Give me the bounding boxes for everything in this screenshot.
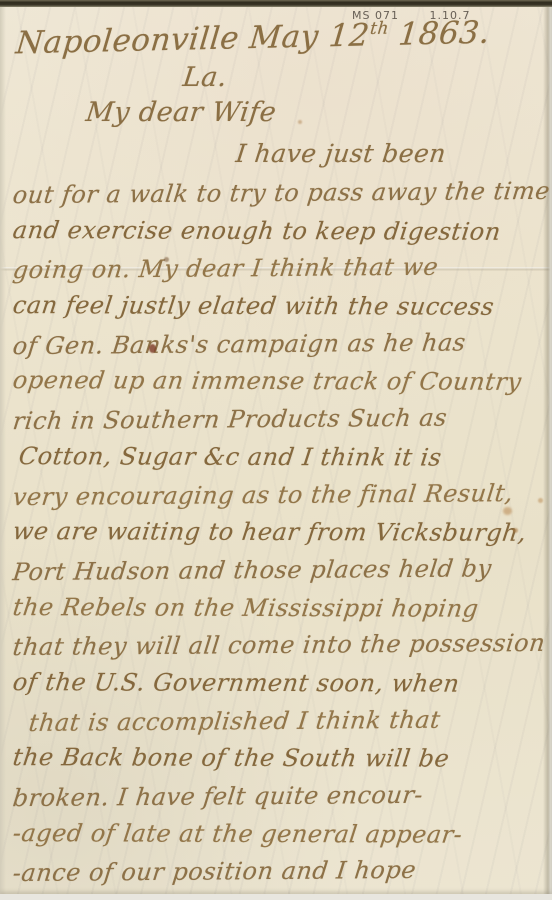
salutation: My dear Wife <box>86 97 276 128</box>
letter-line: going on. My dear I think that we <box>13 252 545 294</box>
state-abbreviation: La. <box>183 62 227 93</box>
letter-line: Port Hudson and those places held by <box>13 554 545 596</box>
mount-board-edge <box>0 0 552 7</box>
letter-line: -ance of our position and I hope <box>13 855 545 897</box>
letter-line: of the U.S. Government soon, when <box>13 668 545 708</box>
letter-line: broken. I have felt quite encour- <box>13 780 545 822</box>
letter-line: we are waiting to hear from Vicksburgh, <box>13 517 545 557</box>
letter-line: the Rebels on the Mississippi hoping <box>13 593 545 633</box>
opening-line: I have just been <box>236 139 446 168</box>
letter-line: the Back bone of the South will be <box>13 743 545 783</box>
letter-body: out for a walk to try to pass away the t… <box>13 179 545 895</box>
letter-line: of Gen. Banks's campaign as he has <box>13 328 545 370</box>
paper-left-edge <box>0 7 6 900</box>
letter-line: rich in Southern Products Such as <box>13 403 545 445</box>
letter-line: and exercise enough to keep digestion <box>13 216 545 256</box>
letter-line: Cotton, Sugar &c and I think it is <box>13 442 545 482</box>
letter-line: can feel justly elated with the success <box>13 291 545 331</box>
letter-line: very encouraging as to the final Result, <box>13 478 545 520</box>
letter-line: that is accomplished I think that <box>13 705 545 747</box>
letter-line: opened up an immense track of Country <box>13 367 545 407</box>
letter-scan: MS 071 1.10.7 Napoleonville May 12th 186… <box>0 0 552 900</box>
letter-line: -aged of late at the general appear- <box>13 819 545 859</box>
letter-line: that they will all come into the possess… <box>13 629 545 671</box>
dateline-year: 1863. <box>386 15 491 53</box>
letter-line: out for a walk to try to pass away the t… <box>13 177 545 219</box>
